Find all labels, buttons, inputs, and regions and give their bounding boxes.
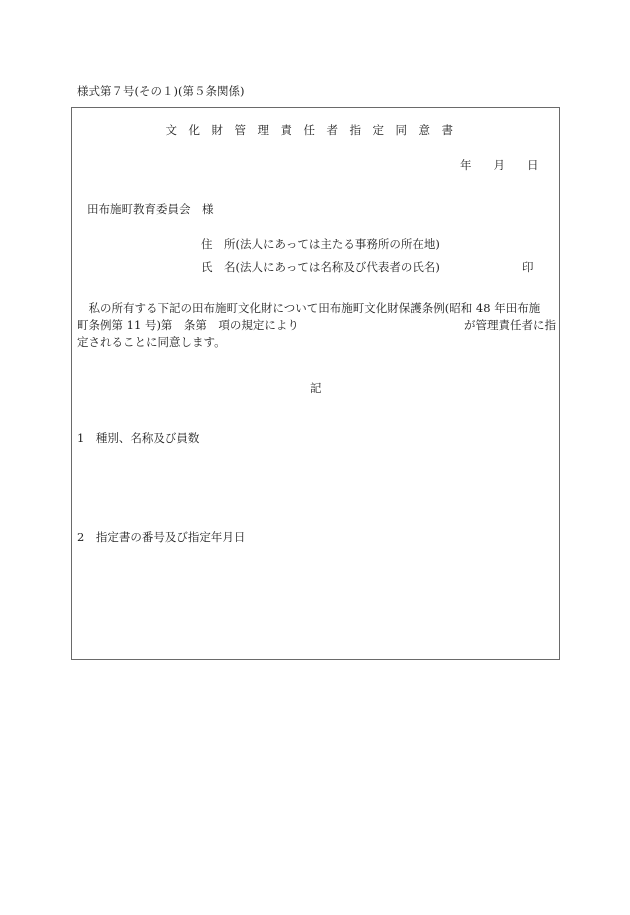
item-designation-number-date: 2 指定書の番号及び指定年月日 [77,529,245,545]
form-number: 様式第７号(その１)(第５条関係) [77,83,244,99]
addressee: 田布施町教育委員会 様 [87,201,214,217]
ki-heading: 記 [310,380,322,396]
statement-text: 町条例第 11 号)第 条第 項の規定により [77,317,299,334]
item-type-name-count: 1 種別、名称及び員数 [77,430,199,446]
name-field[interactable]: 氏 名(法人にあっては名称及び代表者の氏名) [201,259,440,275]
statement-line-2: 町条例第 11 号)第 条第 項の規定により が管理責任者に指 [77,317,556,334]
date-line: 年月日 [460,157,539,173]
consent-statement: 私の所有する下記の田布施町文化財について田布施町文化財保護条例(昭和 48 年田… [77,300,556,351]
document-title: 文化財管理責任者指定同意書 [0,122,630,138]
statement-text: が管理責任者に指 [464,317,556,334]
month-field[interactable]: 月 [494,157,506,173]
year-field[interactable]: 年 [460,157,472,173]
seal-mark: 印 [522,259,534,275]
statement-line-1: 私の所有する下記の田布施町文化財について田布施町文化財保護条例(昭和 48 年田… [77,300,556,317]
manager-name-blank[interactable] [299,317,464,334]
statement-text: 定されることに同意します。 [77,334,226,351]
statement-line-3: 定されることに同意します。 [77,334,556,351]
address-field[interactable]: 住 所(法人にあっては主たる事務所の所在地) [201,236,440,252]
day-field[interactable]: 日 [527,157,539,173]
statement-text: 私の所有する下記の田布施町文化財について田布施町文化財保護条例(昭和 48 年田… [77,300,540,317]
